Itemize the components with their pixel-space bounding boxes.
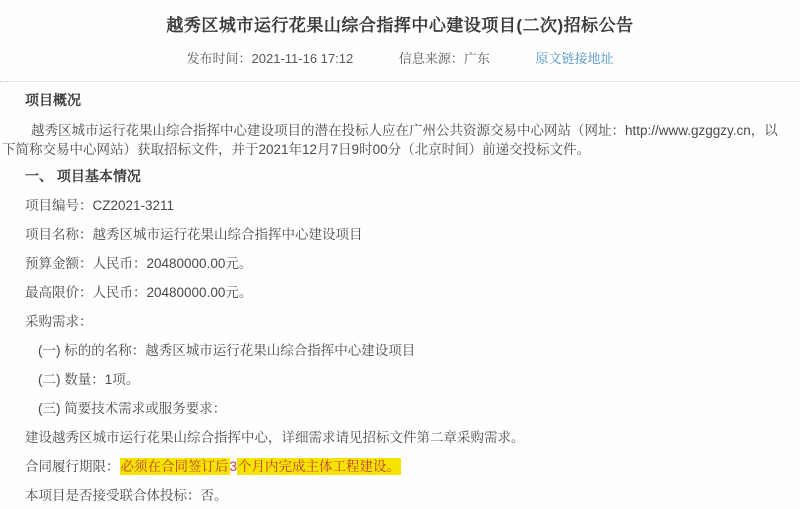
field-project-name: 项目名称：越秀区城市运行花果山综合指挥中心建设项目 <box>25 226 775 243</box>
field-label: 预算金额： <box>25 256 93 271</box>
announcement-body: 项目概况 越秀区城市运行花果山综合指挥中心建设项目的潜在投标人应在广州公共资源交… <box>0 82 800 504</box>
field-value: 越秀区城市运行花果山综合指挥中心建设项目 <box>93 227 363 242</box>
requirement-item-2: (二) 数量：1项。 <box>25 371 775 388</box>
origin-link[interactable]: 原文链接地址 <box>535 51 613 66</box>
field-max-price: 最高限价：人民币：20480000.00元。 <box>25 284 775 301</box>
field-value: 人民币：20480000.00元。 <box>93 256 253 271</box>
contract-term-highlight-2: 个月内完成主体工程建设。 <box>237 458 401 475</box>
field-label: 项目编号： <box>25 198 93 213</box>
field-project-number: 项目编号：CZ2021-3211 <box>25 197 775 214</box>
meta-row: 发布时间：2021-11-16 17:12 信息来源：广东 原文链接地址 <box>0 51 800 67</box>
requirement-item-3: (三) 简要技术需求或服务要求： <box>25 400 775 417</box>
contract-term-line: 合同履行期限：必须在合同签订后3个月内完成主体工程建设。 <box>25 458 775 475</box>
contract-term-label: 合同履行期限： <box>25 459 120 474</box>
field-procurement-demand: 采购需求： <box>25 313 775 330</box>
field-label: 最高限价： <box>25 285 93 300</box>
consortium-line: 本项目是否接受联合体投标：否。 <box>25 487 775 504</box>
contract-term-number: 3 <box>230 459 238 474</box>
info-source: 信息来源：广东 <box>399 51 490 67</box>
section1-heading: 一、 项目基本情况 <box>25 168 775 185</box>
field-budget-amount: 预算金额：人民币：20480000.00元。 <box>25 255 775 272</box>
published-time: 发布时间：2021-11-16 17:12 <box>187 51 354 67</box>
announcement-header: 越秀区城市运行花果山综合指挥中心建设项目(二次)招标公告 发布时间：2021-1… <box>0 0 800 82</box>
published-time-label: 发布时间： <box>187 51 252 66</box>
info-source-label: 信息来源： <box>399 51 464 66</box>
announcement-page: 越秀区城市运行花果山综合指挥中心建设项目(二次)招标公告 发布时间：2021-1… <box>0 0 800 509</box>
construction-note: 建设越秀区城市运行花果山综合指挥中心，详细需求请见招标文件第二章采购需求。 <box>25 429 775 446</box>
field-label: 项目名称： <box>25 227 93 242</box>
info-source-value: 广东 <box>464 51 490 66</box>
field-value: 人民币：20480000.00元。 <box>93 285 253 300</box>
overview-paragraph: 越秀区城市运行花果山综合指挥中心建设项目的潜在投标人应在广州公共资源交易中心网站… <box>2 121 791 159</box>
page-title: 越秀区城市运行花果山综合指挥中心建设项目(二次)招标公告 <box>0 16 800 36</box>
overview-heading: 项目概况 <box>25 92 775 109</box>
published-time-value: 2021-11-16 17:12 <box>252 51 354 66</box>
field-label: 采购需求： <box>25 314 93 329</box>
field-value: CZ2021-3211 <box>93 198 175 213</box>
contract-term-highlight-1: 必须在合同签订后 <box>120 458 230 475</box>
requirement-item-1: (一) 标的的名称：越秀区城市运行花果山综合指挥中心建设项目 <box>25 342 775 359</box>
